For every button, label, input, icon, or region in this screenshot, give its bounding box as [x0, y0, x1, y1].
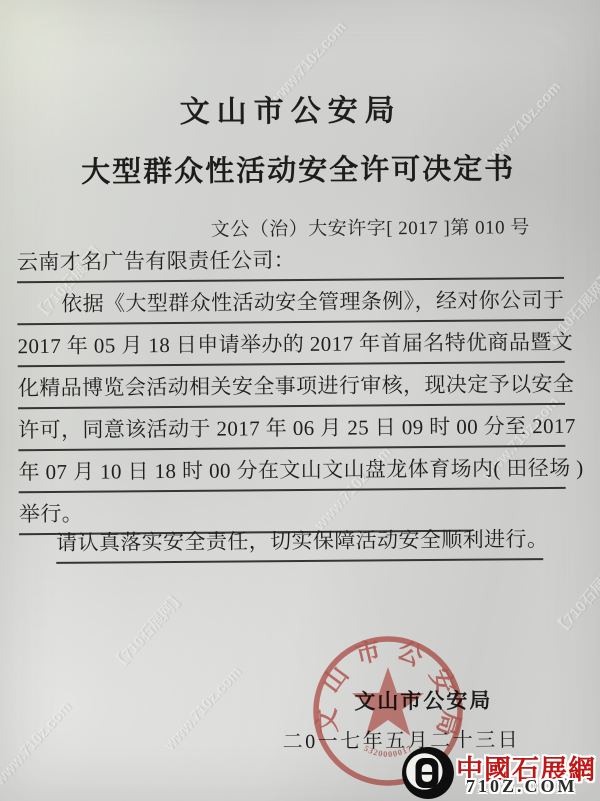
stone-seal-logo-icon	[401, 746, 455, 800]
body-line: 许可，同意该活动于 2017 年 06 月 25 日 09 时 00 分至 20…	[18, 405, 565, 451]
document-title: 大型群众性活动安全许可决定书	[0, 146, 598, 192]
ruled-body: 云南才名广告有限责任公司： 依据《大型群众性活动安全管理条例》，经对你公司于 2…	[17, 237, 566, 535]
site-url: 710Z.COM	[466, 776, 578, 797]
closing-line: 请认真落实安全责任，切实保障活动安全顺利进行。	[56, 518, 543, 564]
issuing-agency-title: 文山市公安局	[0, 84, 584, 133]
signature-agency: 文山市公安局	[354, 684, 492, 715]
site-watermark: 中國石展網 710Z.COM	[392, 740, 600, 801]
permit-document-text: 文山市公安局 大型群众性活动安全许可决定书 文公（治）大安许字[ 2017 ]第…	[0, 0, 600, 801]
photographed-permit-document: www.710z.com 【710石展网】 www.710z.com 【710石…	[0, 0, 600, 801]
body-line: 年 07 月 10 日 18 时 00 分在文山文山盘龙体育场内( 田径场 )	[18, 447, 565, 493]
addressee-line: 云南才名广告有限责任公司：	[17, 237, 564, 283]
body-line: 2017 年 05 月 18 日申请举办的 2017 年首届名特优商品暨文	[17, 321, 564, 367]
body-line: 依据《大型群众性活动安全管理条例》，经对你公司于	[17, 279, 564, 325]
body-line: 化精品博览会活动相关安全事项进行审核，现决定予以安全	[18, 363, 565, 409]
